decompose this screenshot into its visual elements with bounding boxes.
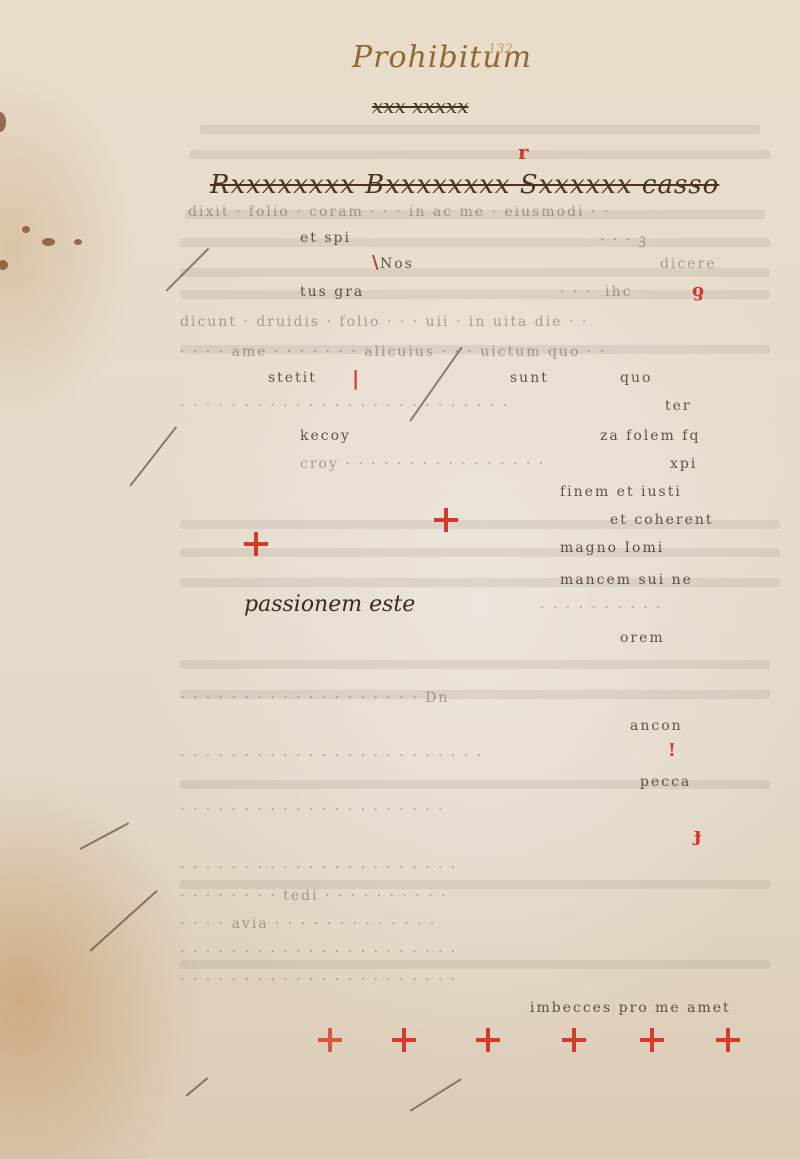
red-cross-mark <box>638 1026 666 1054</box>
struck-heading: xxx xxxxx <box>372 94 469 118</box>
text-fragment: finem et iusti <box>560 484 682 500</box>
text-fragment: ancon <box>630 718 683 734</box>
text-fragment: tus gra <box>300 284 364 300</box>
show-through-line <box>180 548 780 557</box>
text-line: · · · ihc <box>560 284 633 300</box>
red-cross-mark <box>316 1026 344 1054</box>
rubric-letter: | <box>352 366 359 390</box>
red-cross-mark <box>390 1026 418 1054</box>
show-through-line <box>180 960 770 969</box>
margin-note: passionem este <box>244 592 415 617</box>
show-through-line <box>180 290 770 299</box>
text-line: · · · · · · · · tedi · · · · · · · · · · <box>180 888 448 904</box>
pen-stroke <box>129 426 176 486</box>
text-line: · · · · · · · · · · · · · · · · · · · · … <box>180 944 457 960</box>
text-fragment: ter <box>665 398 692 414</box>
text-line: · · · · · · · · · · · · · · · · · · · · … <box>180 972 457 988</box>
text-fragment: kecoy <box>300 428 351 444</box>
text-fragment: quo <box>620 370 652 386</box>
rubric-letter: ! <box>668 740 676 761</box>
text-line: · · · · · · · · · · · · · · · · · · · · … <box>180 748 483 764</box>
text-fragment: za folem fq <box>600 428 700 444</box>
rubric-letter: ɟ <box>694 822 702 846</box>
red-cross-mark <box>714 1026 742 1054</box>
text-line: dixit · folio · coram · · · in ac me · e… <box>188 204 610 220</box>
text-line: dicunt · druidis · folio · · · uii · in … <box>180 314 588 330</box>
text-fragment: magno Iomi <box>560 540 664 556</box>
red-cross-mark <box>474 1026 502 1054</box>
text-fragment: Nos <box>380 256 414 272</box>
text-fragment: xpi <box>670 456 697 472</box>
pen-stroke <box>80 822 129 849</box>
struck-title: Rxxxxxxxx Bxxxxxxxx Sxxxxxx casso <box>210 170 719 200</box>
text-line: · · · · · · · · · · · · · · · · · · · · … <box>180 802 444 818</box>
text-fragment: stetit <box>268 370 317 386</box>
rubric-letter: ƍ <box>692 280 704 301</box>
show-through-line <box>190 150 770 159</box>
pen-stroke <box>410 1078 462 1111</box>
pen-stroke <box>89 890 157 951</box>
text-line: · · · · avia · · · · · · · · · · · · · <box>180 916 436 932</box>
text-line: · · · · · · · · · · · · · · · · · · · Dn <box>180 690 449 706</box>
red-cross-mark <box>242 530 270 558</box>
rubric-letter: \ <box>372 252 379 273</box>
text-line: · · · ꝫ <box>600 230 648 249</box>
text-line: · · · · · · · · · · <box>540 600 663 616</box>
text-fragment: sunt <box>510 370 549 386</box>
red-cross-mark <box>432 506 460 534</box>
red-cross-mark <box>560 1026 588 1054</box>
text-line: · · · · · · · · · · · · · · · · · · · · … <box>180 860 457 876</box>
text-line: croy · · · · · · · · · · · · · · · · <box>300 456 545 472</box>
show-through-line <box>180 238 770 247</box>
pen-stroke <box>186 1077 208 1096</box>
closing-line: imbecces pro me amet <box>530 1000 731 1016</box>
ink-stain <box>0 112 6 132</box>
text-fragment: et spi <box>300 230 351 246</box>
folio-number: 132 <box>488 42 513 57</box>
text-fragment: pecca <box>640 774 691 790</box>
ink-stain <box>42 238 55 246</box>
manuscript-page: Prohibitum 132 xxx xxxxx r Rxxxxxxxx Bxx… <box>0 0 800 1159</box>
ink-stain <box>74 239 82 245</box>
text-line: · · · · · · · · · · · · · · · · · · · · … <box>180 398 509 414</box>
ink-stain <box>0 260 8 270</box>
text-line: dicere <box>660 256 717 272</box>
text-line: · · · · ame · · · · · · · alicuius · · ·… <box>180 344 606 360</box>
show-through-line <box>200 125 760 134</box>
ink-stain <box>22 226 30 233</box>
text-fragment: mancem sui ne <box>560 572 693 588</box>
show-through-line <box>180 660 770 669</box>
text-fragment: et coherent <box>610 512 714 528</box>
text-fragment: orem <box>620 630 665 646</box>
